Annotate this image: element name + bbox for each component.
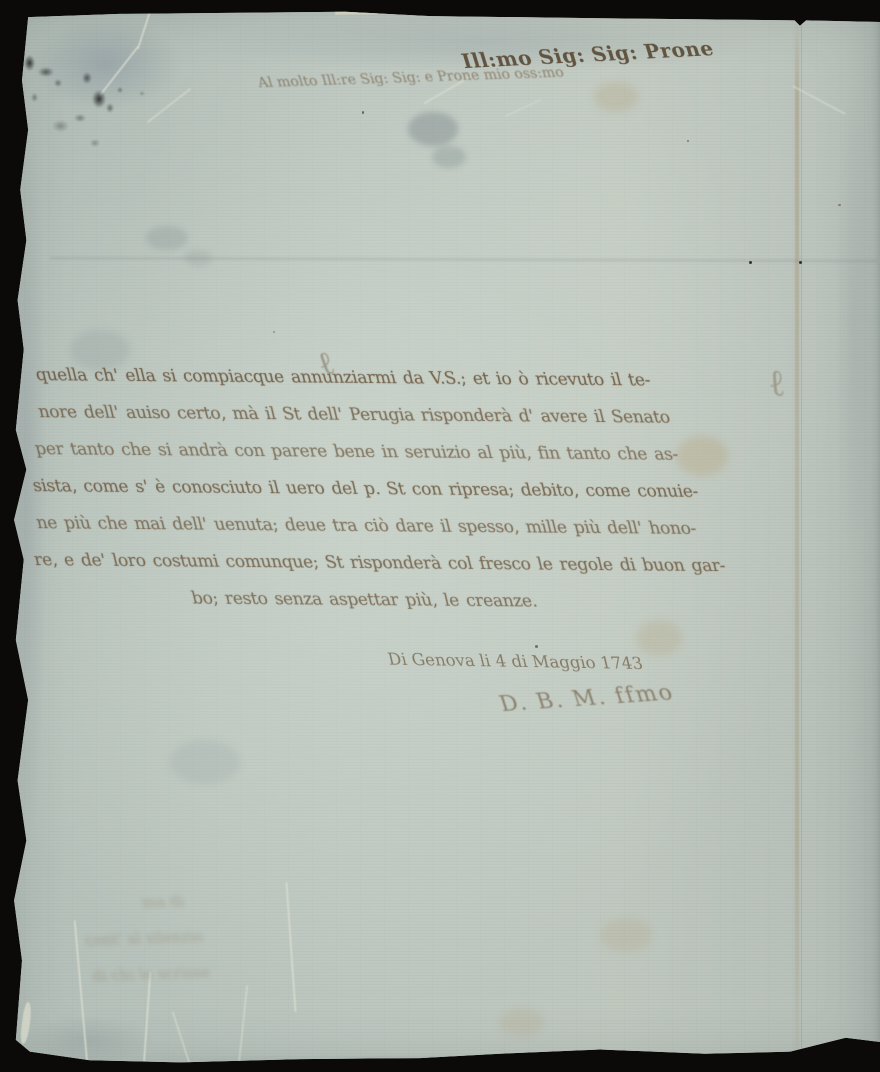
fly-speck: [838, 204, 841, 206]
torn-edge-flap: [2, 55, 17, 90]
fly-speck: [687, 140, 689, 142]
ink-blot: [139, 91, 145, 96]
ink-ghost-smudge: [432, 146, 466, 168]
crease-line: [137, 11, 151, 50]
paper-stain: [170, 740, 240, 784]
paper-stain: [594, 82, 638, 112]
crease-line: [147, 88, 192, 123]
ink-blot: [52, 120, 69, 132]
ink-blot: [92, 90, 106, 108]
ink-blot: [54, 79, 62, 87]
ink-blot: [82, 72, 92, 84]
horizontal-fold-crease: [50, 257, 878, 263]
ink-blot: [106, 103, 114, 113]
ink-ghost-smudge: [146, 226, 188, 250]
crease-line: [172, 1011, 191, 1064]
fly-speck: [273, 331, 275, 333]
photograph-of-letter: Ill:mo Sig: Sig: Prone Al molto Ill:re S…: [0, 0, 880, 1072]
letter-line: re, e de' loro costumi comunque; St risp…: [30, 542, 709, 585]
paper-edge-highlight: [335, 9, 435, 15]
fly-speck: [535, 645, 538, 648]
letter-paper-sheet: Ill:mo Sig: Sig: Prone Al molto Ill:re S…: [0, 0, 880, 1072]
vertical-fold-crease: [795, 14, 799, 1054]
letter-line: sista, come s' è conosciuto il uero del …: [29, 468, 710, 511]
paper-stain: [600, 918, 652, 952]
torn-edge-flap: [1, 462, 17, 518]
ink-ghost-smudge: [184, 250, 212, 266]
fly-speck: [362, 111, 364, 114]
trace-line: di chi le scrisse: [87, 950, 341, 994]
address-text: Al molto Ill:re Sig: Sig: e Prone mio os…: [256, 65, 566, 92]
ink-blot: [24, 55, 35, 71]
torn-edge-flap: [19, 1002, 33, 1045]
letter-dateline: Di Genova li 4 di Maggio 1743: [388, 650, 668, 674]
letter-body-text: quella ch' ella si compiacque annunziarm…: [34, 357, 706, 622]
ink-blot: [117, 87, 123, 93]
vertical-fold-shadow: [801, 20, 802, 1050]
pen-flourish: ℓ: [316, 343, 335, 382]
dateline-text: Di Genova li 4 di Maggio 1743: [386, 650, 645, 674]
letter-closing-line: bo; resto senza aspettar più, le creanze…: [188, 580, 709, 622]
fly-speck: [799, 261, 802, 264]
letter-line: ne più che mai dell' uenuta; deue tra ci…: [32, 505, 709, 548]
pen-flourish: ℓ: [764, 361, 788, 405]
ink-blot: [74, 114, 86, 122]
paper-stain: [636, 620, 682, 656]
crease-line: [504, 99, 541, 118]
faint-bleed-through-traces: ma di cont' al silenzio di chi le scriss…: [83, 878, 337, 995]
torn-edge-flap: [4, 188, 20, 237]
paper-stain: [500, 1008, 544, 1036]
ink-ghost-smudge: [408, 112, 458, 146]
letter-line: quella ch' ella si compiacque annunziarm…: [32, 357, 711, 400]
fly-speck: [749, 261, 752, 264]
signature-text: D. B. M. ffmo: [496, 680, 677, 717]
crease-line: [238, 985, 248, 1065]
ink-blot: [90, 139, 100, 147]
address-panel-line-2: Al molto Ill:re Sig: Sig: e Prone mio os…: [258, 65, 558, 91]
letter-line: nore dell' auiso certo, mà il St dell' P…: [34, 394, 710, 437]
letter-signature-initials: D. B. M. ffmo: [499, 680, 680, 717]
ink-blot: [38, 67, 54, 77]
ink-blot: [31, 93, 38, 102]
letter-line: per tanto che si andrà con parere bene i…: [31, 431, 710, 474]
